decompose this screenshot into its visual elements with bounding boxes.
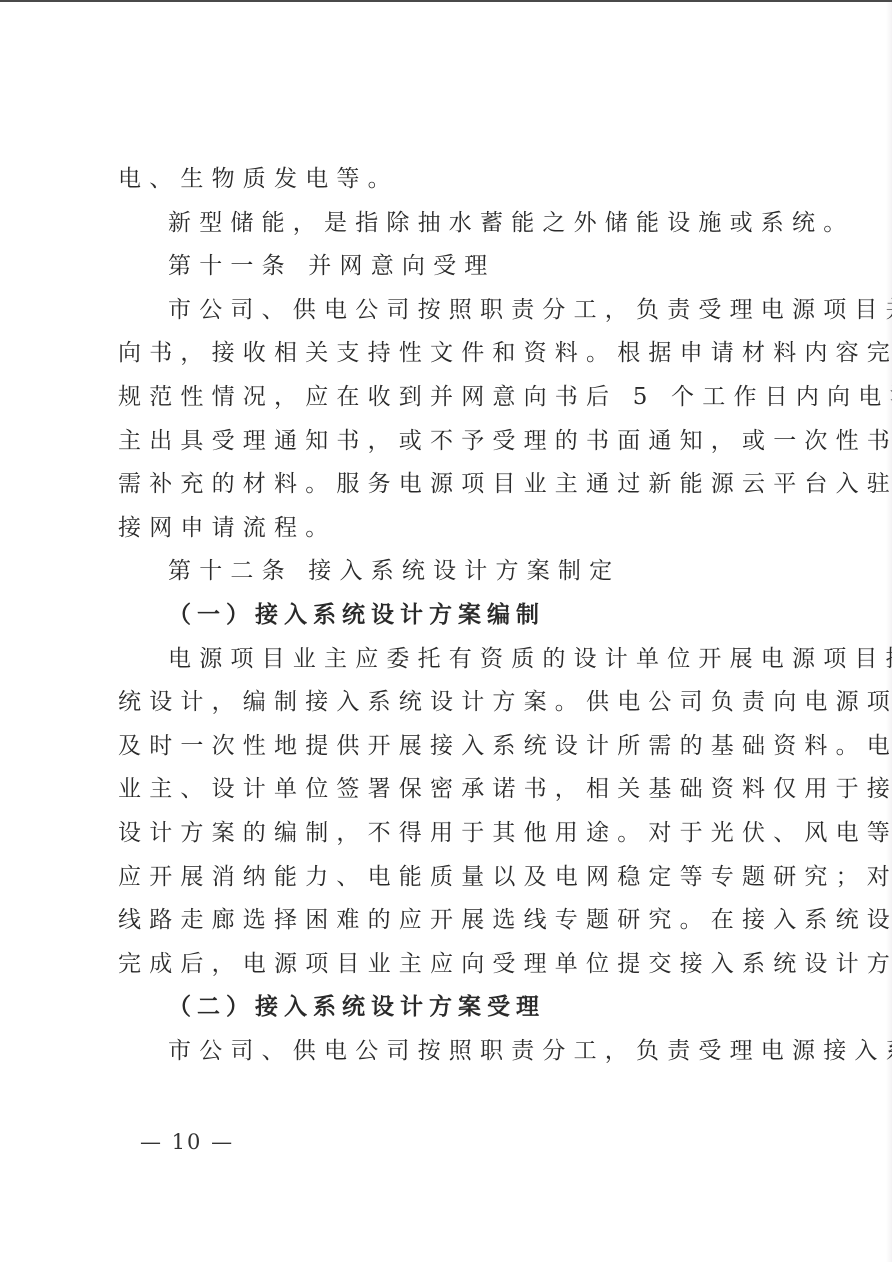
text-line: 及时一次性地提供开展接入系统设计所需的基础资料。电源项目 bbox=[118, 725, 780, 769]
text-line: 接网申请流程。 bbox=[118, 507, 780, 551]
article-title: 第十二条 接入系统设计方案制定 bbox=[118, 550, 780, 594]
text-line: 市公司、供电公司按照职责分工，负责受理电源项目并网意 bbox=[118, 289, 780, 333]
article-title: 第十一条 并网意向受理 bbox=[118, 245, 780, 289]
text-line: 新型储能，是指除抽水蓄能之外储能设施或系统。 bbox=[118, 202, 780, 246]
text-line: 应开展消纳能力、电能质量以及电网稳定等专题研究；对于送出 bbox=[118, 856, 780, 900]
text-line: 需补充的材料。服务电源项目业主通过新能源云平台入驻并发起 bbox=[118, 463, 780, 507]
text-line: 线路走廊选择困难的应开展选线专题研究。在接入系统设计工作 bbox=[118, 899, 780, 943]
text-line: 电源项目业主应委托有资质的设计单位开展电源项目接入系 bbox=[118, 638, 780, 682]
page-number: — 10 — bbox=[140, 1130, 234, 1154]
document-body: 电、生物质发电等。 新型储能，是指除抽水蓄能之外储能设施或系统。 第十一条 并网… bbox=[118, 158, 780, 1073]
subheading: （一）接入系统设计方案编制 bbox=[118, 594, 780, 638]
text-line: 主出具受理通知书，或不予受理的书面通知，或一次性书面告知 bbox=[118, 420, 780, 464]
text-line: 设计方案的编制，不得用于其他用途。对于光伏、风电等新能源 bbox=[118, 812, 780, 856]
subheading: （二）接入系统设计方案受理 bbox=[118, 986, 780, 1030]
text-line: 电、生物质发电等。 bbox=[118, 158, 780, 202]
text-line: 市公司、供电公司按照职责分工，负责受理电源接入系统设 bbox=[118, 1030, 780, 1074]
text-line: 统设计，编制接入系统设计方案。供电公司负责向电源项目业主 bbox=[118, 681, 780, 725]
text-line: 向书，接收相关支持性文件和资料。根据申请材料内容完整性和 bbox=[118, 332, 780, 376]
text-line: 规范性情况，应在收到并网意向书后 5 个工作日内向电源项目业 bbox=[118, 376, 780, 420]
text-line: 业主、设计单位签署保密承诺书，相关基础资料仅用于接入系统 bbox=[118, 768, 780, 812]
page-edge-shadow bbox=[886, 2, 892, 1262]
text-line: 完成后，电源项目业主应向受理单位提交接入系统设计方案。 bbox=[118, 943, 780, 987]
page-top-border bbox=[0, 0, 892, 2]
